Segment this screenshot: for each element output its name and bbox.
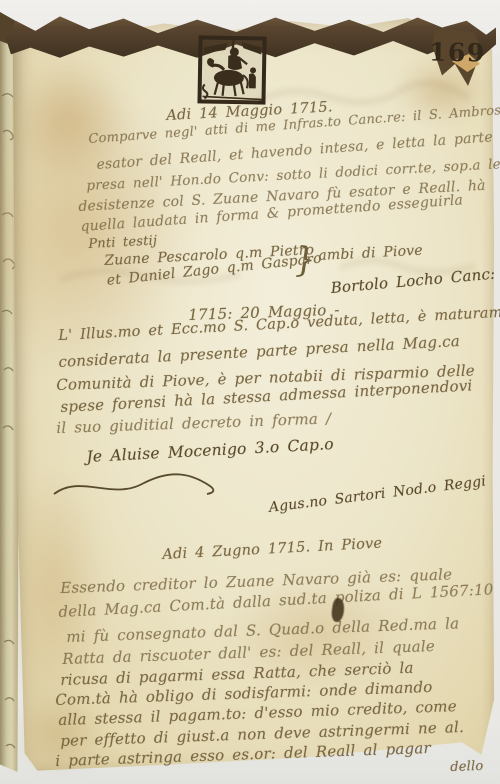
photo-background: 169 Adi 14 Maggio 1715. Comparve negl' a… bbox=[0, 0, 500, 784]
page-number: 169 bbox=[429, 38, 486, 68]
manuscript-line-tail: dello bbox=[450, 759, 484, 775]
knight-on-horseback-woodcut-icon bbox=[196, 32, 269, 111]
signature-flourish bbox=[50, 470, 225, 502]
